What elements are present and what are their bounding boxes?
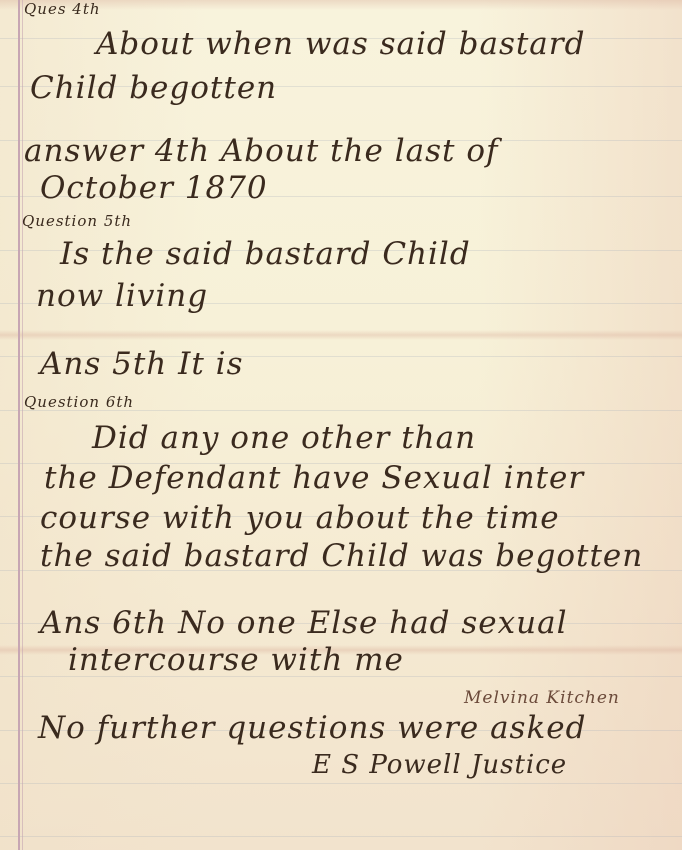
answer-4-text: answer 4th About the last of (24, 133, 498, 169)
question-4-text: Child begotten (30, 70, 277, 106)
question-6-text: course with you about the time (40, 500, 560, 536)
document-page: Ques 4th About when was said bastard Chi… (0, 0, 682, 850)
margin-line (22, 0, 23, 850)
answer-6-text: Ans 6th No one Else had sexual (40, 605, 567, 641)
question-5-text: Is the said bastard Child (60, 236, 471, 272)
ruled-line (0, 783, 682, 784)
witness-signature: Melvina Kitchen (464, 688, 620, 708)
question-6-text: Did any one other than (92, 420, 476, 456)
answer-6-text: intercourse with me (68, 642, 404, 678)
answer-4-text: October 1870 (40, 170, 268, 206)
paper-fold (0, 330, 682, 340)
question-5-text: now living (36, 278, 208, 314)
question-5-label: Question 5th (22, 212, 132, 230)
justice-signature: E S Powell Justice (312, 750, 567, 780)
ruled-line (0, 836, 682, 837)
question-6-text: the said bastard Child was begotten (40, 538, 643, 574)
question-6-label: Question 6th (24, 393, 134, 411)
answer-5-text: Ans 5th It is (40, 346, 244, 382)
closing-statement: No further questions were asked (38, 710, 586, 746)
question-4-label: Ques 4th (24, 0, 101, 18)
question-6-text: the Defendant have Sexual inter (44, 460, 584, 496)
margin-line (18, 0, 20, 850)
question-4-text: About when was said bastard (96, 26, 585, 62)
